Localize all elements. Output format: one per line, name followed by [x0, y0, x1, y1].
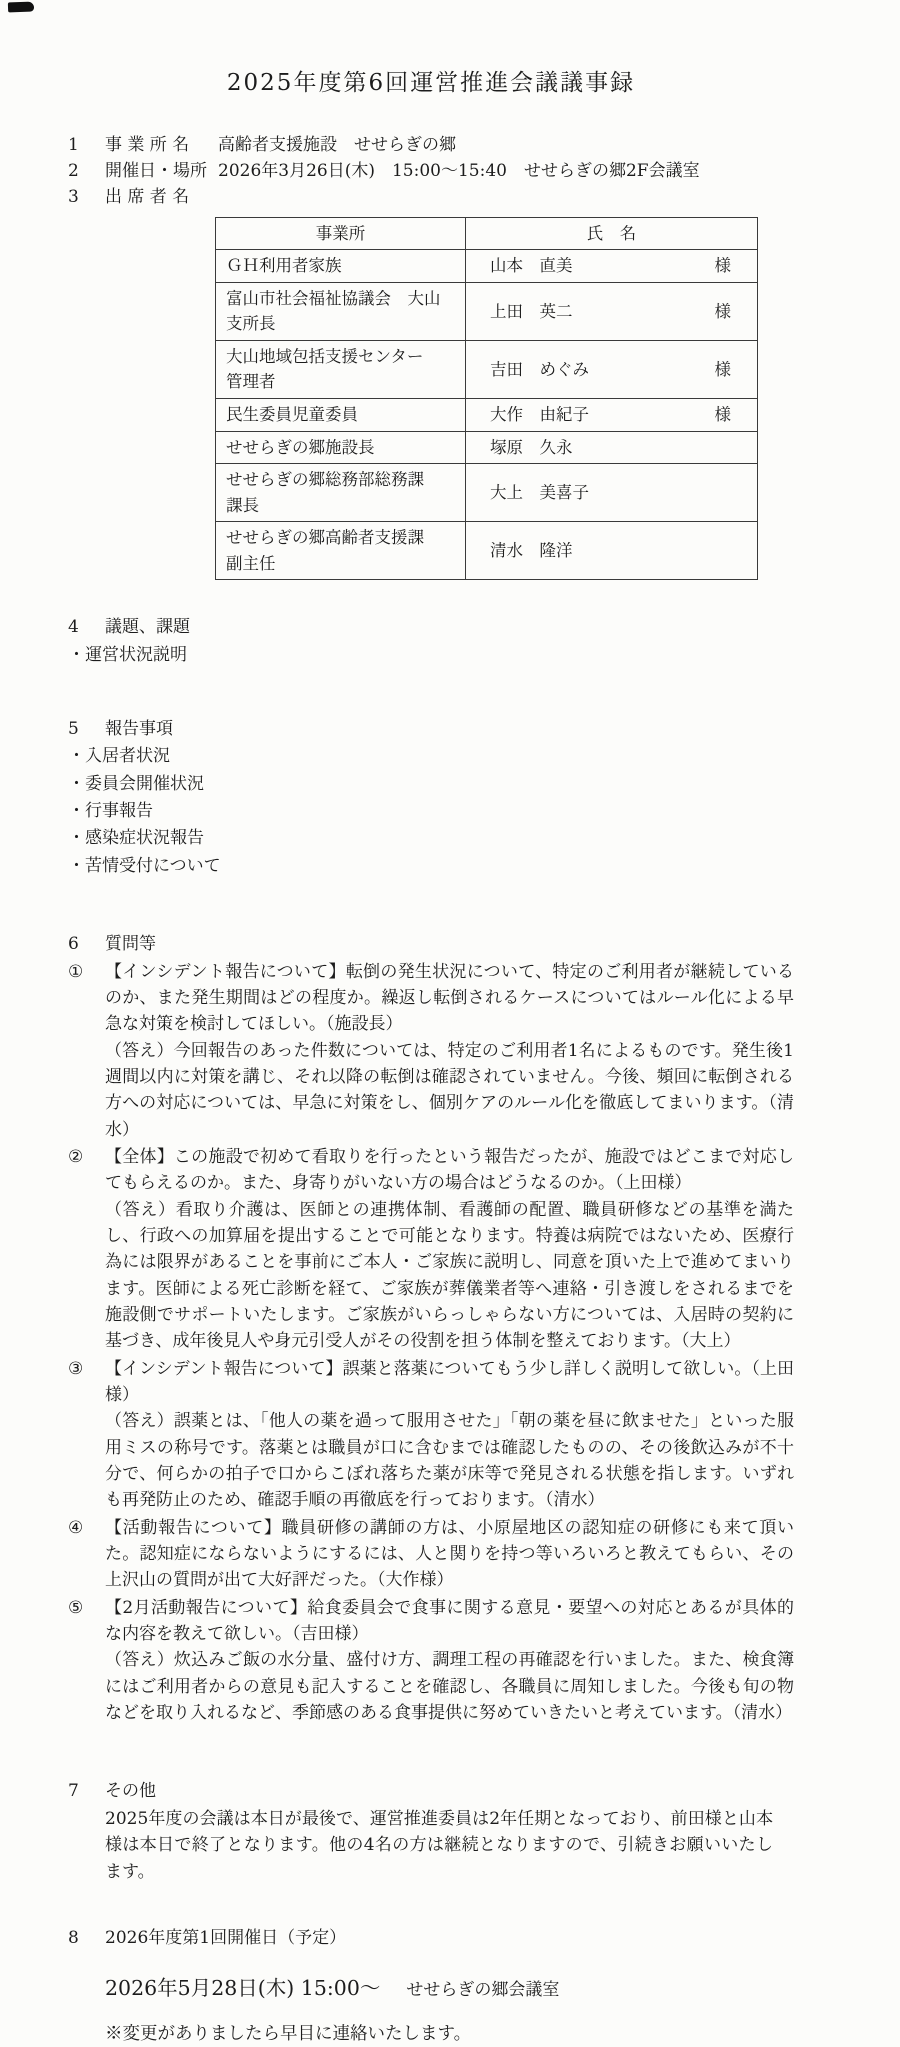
report-bullets: ・入居者状況 ・委員会開催状況 ・行事報告 ・感染症状況報告 ・苦情受付について — [68, 743, 794, 879]
attendee-name: 清水 隆洋 — [490, 538, 573, 564]
bullet-item: ・行事報告 — [68, 798, 794, 824]
attendee-name-cell: 上田 英二 様 — [466, 282, 758, 340]
attendee-name-cell: 清水 隆洋 — [466, 522, 758, 580]
other-body-text: 2025年度の会議は本日が最後で、運営推進委員は2年任期となっており、前田様と山… — [105, 1806, 773, 1885]
attendee-organization: ＧＨ利用者家族 — [216, 250, 466, 283]
attendee-name: 山本 直美 — [490, 253, 573, 279]
next-meeting-note: ※変更がありましたら早目に連絡いたします。 — [105, 2021, 794, 2047]
next-meeting-datetime: 2026年5月28日(木) 15:00～ — [105, 1976, 380, 2000]
attendee-name: 吉田 めぐみ — [490, 357, 589, 383]
section-number: 6 — [68, 931, 105, 957]
attendee-name-cell: 吉田 めぐみ 様 — [466, 340, 758, 398]
attendee-name-cell: 大作 由紀子 様 — [466, 399, 758, 432]
attendee-honorific: 様 — [715, 402, 732, 428]
attendee-name: 上田 英二 — [490, 299, 573, 325]
section-title: 議題、課題 — [105, 614, 190, 640]
bullet-item: ・委員会開催状況 — [68, 771, 794, 797]
attendee-row: 大山地域包括支援センター 管理者 吉田 めぐみ 様 — [216, 340, 758, 398]
qa-item: ① 【インシデント報告について】転倒の発生状況について、特定のご利用者が継続して… — [68, 959, 794, 1143]
qa-item: ② 【全体】この施設で初めて看取りを行ったという報告だったが、施設ではどこまで対… — [68, 1144, 794, 1355]
section-title: その他 — [105, 1778, 156, 1804]
attendee-name-cell: 大上 美喜子 — [466, 464, 758, 522]
meta-row: 3 出 席 者 名 — [68, 184, 794, 210]
section-heading: 7 その他 — [68, 1778, 794, 1804]
bullet-item: ・運営状況説明 — [68, 642, 794, 668]
section-number: 8 — [68, 1925, 105, 1951]
qa-marker: ④ — [68, 1515, 105, 1594]
qa-question: 【インシデント報告について】誤薬と落薬についてもう少し詳しく説明して欲しい。（上… — [105, 1356, 794, 1409]
attendee-organization: せせらぎの郷施設長 — [216, 431, 466, 464]
qa-marker: ① — [68, 959, 105, 1143]
qa-marker: ③ — [68, 1356, 105, 1514]
section-reports: 5 報告事項 ・入居者状況 ・委員会開催状況 ・行事報告 ・感染症状況報告 ・苦… — [68, 716, 794, 879]
scan-artifact — [8, 2, 34, 13]
column-header-org: 事業所 — [216, 217, 466, 250]
attendee-row: 富山市社会福祉協議会 大山支所長 上田 英二 様 — [216, 282, 758, 340]
qa-answer: （答え）今回報告のあった件数については、特定のご利用者1名によるものです。発生後… — [105, 1038, 794, 1143]
attendee-honorific: 様 — [715, 357, 732, 383]
qa-item: ④ 【活動報告について】職員研修の講師の方は、小原屋地区の認知症の研修にも来て頂… — [68, 1515, 794, 1594]
item-number: 3 — [68, 184, 105, 210]
section-heading: 6 質問等 — [68, 931, 794, 957]
attendee-row: せせらぎの郷総務部総務課 課長 大上 美喜子 — [216, 464, 758, 522]
attendee-row: せせらぎの郷高齢者支援課 副主任 清水 隆洋 — [216, 522, 758, 580]
meta-label: 出 席 者 名 — [105, 184, 218, 210]
attendee-organization: 大山地域包括支援センター 管理者 — [216, 340, 466, 398]
section-number: 4 — [68, 614, 105, 640]
qa-answer: （答え）炊込みご飯の水分量、盛付け方、調理工程の再確認を行いました。また、検食簿… — [105, 1647, 794, 1726]
attendees-header-row: 事業所 氏 名 — [216, 217, 758, 250]
qa-answer: （答え）看取り介護は、医師との連携体制、看護師の配置、職員研修などの基準を満たし… — [105, 1197, 794, 1355]
section-heading: 5 報告事項 — [68, 716, 794, 742]
qa-list: ① 【インシデント報告について】転倒の発生状況について、特定のご利用者が継続して… — [68, 959, 794, 1727]
section-number: 7 — [68, 1778, 105, 1804]
qa-marker: ② — [68, 1144, 105, 1355]
qa-item: ③ 【インシデント報告について】誤薬と落薬についてもう少し詳しく説明して欲しい。… — [68, 1356, 794, 1514]
meta-value: 2026年3月26日(木) 15:00～15:40 せせらぎの郷2F会議室 — [218, 158, 700, 184]
section-next-meeting: 8 2026年度第1回開催日（予定） 2026年5月28日(木) 15:00～せ… — [68, 1925, 794, 2047]
attendee-name-cell: 山本 直美 様 — [466, 250, 758, 283]
bullet-item: ・苦情受付について — [68, 853, 794, 879]
bullet-item: ・入居者状況 — [68, 743, 794, 769]
attendees-body: ＧＨ利用者家族 山本 直美 様 富山市社会福祉協議会 大山支所長 上田 英二 — [216, 250, 758, 580]
agenda-bullets: ・運営状況説明 — [68, 642, 794, 668]
qa-question: 【インシデント報告について】転倒の発生状況について、特定のご利用者が継続している… — [105, 959, 794, 1038]
qa-question: 【全体】この施設で初めて看取りを行ったという報告だったが、施設ではどこまで対応し… — [105, 1144, 794, 1197]
next-meeting-schedule: 2026年5月28日(木) 15:00～せせらぎの郷会議室 — [105, 1973, 794, 2005]
bullet-item: ・感染症状況報告 — [68, 825, 794, 851]
section-heading: 4 議題、課題 — [68, 614, 794, 640]
attendee-honorific: 様 — [715, 299, 732, 325]
meta-value: 高齢者支援施設 せせらぎの郷 — [218, 132, 456, 158]
next-meeting-location: せせらぎの郷会議室 — [406, 1980, 559, 2000]
qa-question: 【活動報告について】職員研修の講師の方は、小原屋地区の認知症の研修にも来て頂いた… — [105, 1515, 794, 1594]
attendee-name-cell: 塚原 久永 — [466, 431, 758, 464]
document-page: 2025年度第6回運営推進会議議事録 1 事 業 所 名 高齢者支援施設 せせら… — [0, 0, 900, 2047]
attendee-organization: 民生委員児童委員 — [216, 399, 466, 432]
item-number: 2 — [68, 158, 105, 184]
section-title: 質問等 — [105, 931, 156, 957]
attendee-organization: 富山市社会福祉協議会 大山支所長 — [216, 282, 466, 340]
section-title: 2026年度第1回開催日（予定） — [105, 1925, 346, 1951]
attendees-table: 事業所 氏 名 ＧＨ利用者家族 山本 直美 様 富山市社会福祉協議 — [215, 217, 758, 581]
qa-item: ⑤ 【2月活動報告について】給食委員会で食事に関する意見・要望への対応とあるが具… — [68, 1595, 794, 1727]
qa-marker: ⑤ — [68, 1595, 105, 1727]
document-title: 2025年度第6回運営推進会議議事録 — [68, 66, 794, 102]
qa-question: 【2月活動報告について】給食委員会で食事に関する意見・要望への対応とあるが具体的… — [105, 1595, 794, 1648]
section-other: 7 その他 2025年度の会議は本日が最後で、運営推進委員は2年任期となっており… — [68, 1778, 794, 1884]
column-header-name: 氏 名 — [466, 217, 758, 250]
meta-row: 1 事 業 所 名 高齢者支援施設 せせらぎの郷 — [68, 132, 794, 158]
item-number: 1 — [68, 132, 105, 158]
attendee-row: 民生委員児童委員 大作 由紀子 様 — [216, 399, 758, 432]
attendee-organization: せせらぎの郷高齢者支援課 副主任 — [216, 522, 466, 580]
meta-label: 事 業 所 名 — [105, 132, 218, 158]
attendee-name: 大作 由紀子 — [490, 402, 589, 428]
attendee-name: 大上 美喜子 — [490, 480, 589, 506]
section-heading: 8 2026年度第1回開催日（予定） — [68, 1925, 794, 1951]
attendee-row: せせらぎの郷施設長 塚原 久永 — [216, 431, 758, 464]
attendee-organization: せせらぎの郷総務部総務課 課長 — [216, 464, 466, 522]
meta-label: 開催日・場所 — [105, 158, 218, 184]
attendee-name: 塚原 久永 — [490, 435, 573, 461]
meta-row: 2 開催日・場所 2026年3月26日(木) 15:00～15:40 せせらぎの… — [68, 158, 794, 184]
qa-answer: （答え）誤薬とは、「他人の薬を過って服用させた」「朝の薬を昼に飲ませた」といった… — [105, 1408, 794, 1513]
section-questions: 6 質問等 ① 【インシデント報告について】転倒の発生状況について、特定のご利用… — [68, 931, 794, 1726]
attendee-row: ＧＨ利用者家族 山本 直美 様 — [216, 250, 758, 283]
meta-list: 1 事 業 所 名 高齢者支援施設 せせらぎの郷 2 開催日・場所 2026年3… — [68, 132, 794, 211]
section-title: 報告事項 — [105, 716, 173, 742]
section-agenda: 4 議題、課題 ・運営状況説明 — [68, 614, 794, 668]
attendee-honorific: 様 — [715, 253, 732, 279]
section-number: 5 — [68, 716, 105, 742]
